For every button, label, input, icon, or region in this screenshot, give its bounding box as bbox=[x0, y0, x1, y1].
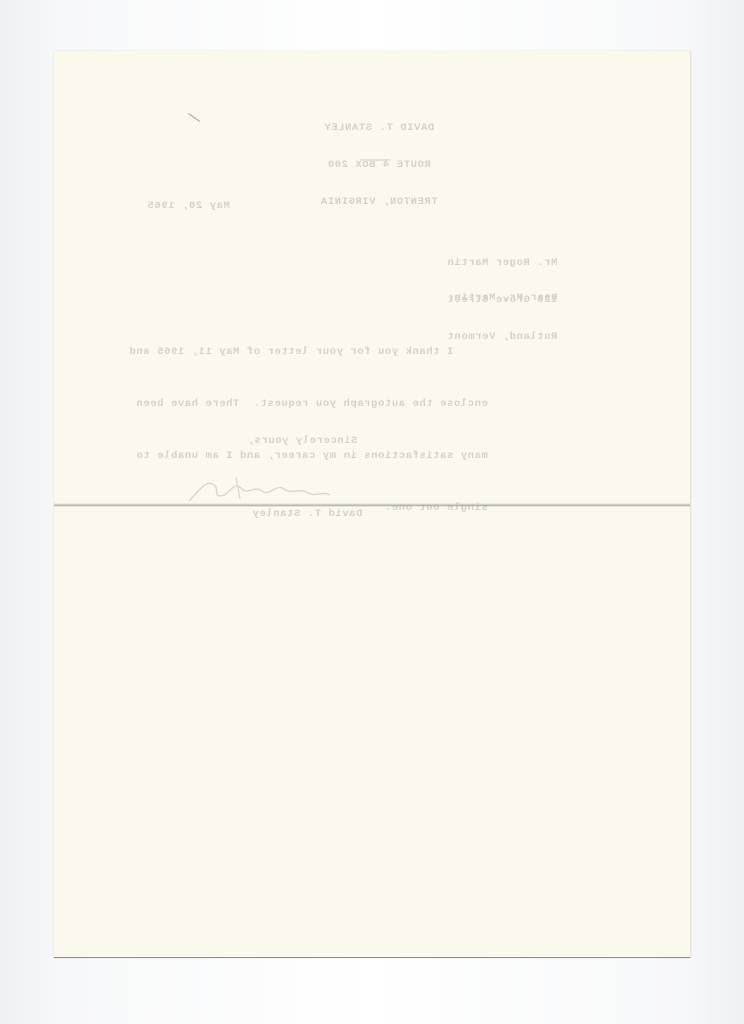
fold-crease bbox=[54, 503, 690, 507]
body-line: enclose the autograph you request. There… bbox=[129, 390, 488, 418]
letter-page: DAVID T. STANLEY ROUTE 4 BOX 200 TRENTON… bbox=[54, 51, 691, 958]
letterhead: DAVID T. STANLEY ROUTE 4 BOX 200 TRENTON… bbox=[319, 98, 439, 233]
closing: Sincerely yours, bbox=[247, 435, 357, 447]
salutation: Dear Mr. Martin: bbox=[447, 292, 557, 304]
body-line: I thank you for your letter of May 11, 1… bbox=[129, 338, 488, 366]
paper-speck bbox=[188, 113, 200, 122]
letterhead-ornament bbox=[360, 159, 390, 161]
letter-date: May 20, 1965 bbox=[147, 200, 230, 212]
typed-name: David T. Stanley bbox=[252, 508, 362, 520]
letterhead-line: TRENTON, VIRGINIA bbox=[319, 196, 439, 209]
letterhead-line: DAVID T. STANLEY bbox=[319, 122, 439, 135]
address-line: Mr. Roger Martin bbox=[447, 257, 557, 270]
handwritten-signature bbox=[184, 471, 334, 507]
